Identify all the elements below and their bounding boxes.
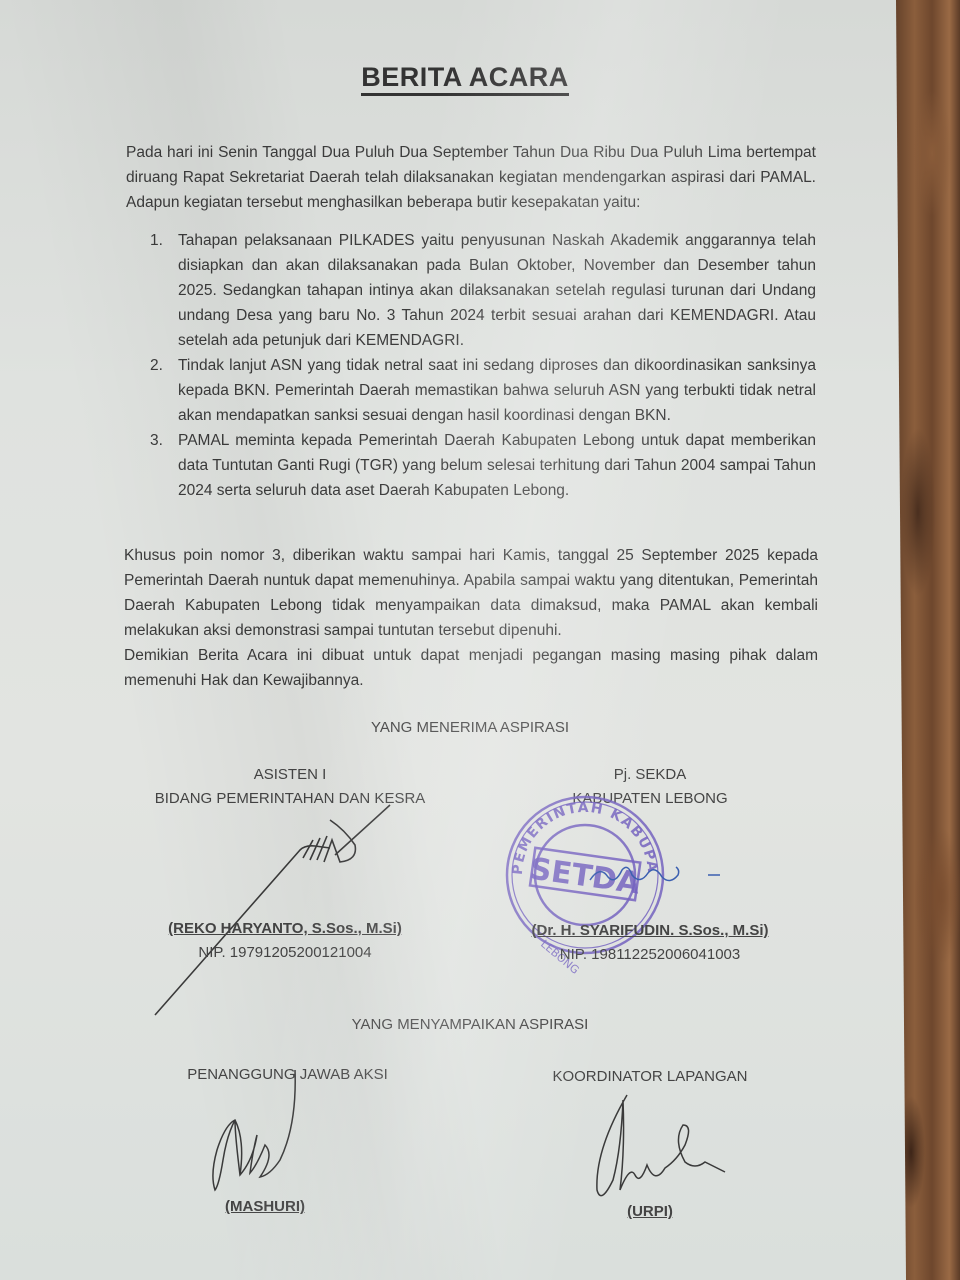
document-title: BERITA ACARA (0, 62, 930, 93)
document-page: BERITA ACARA Pada hari ini Senin Tanggal… (0, 0, 906, 1280)
agreement-item-3: 3. PAMAL meminta kepada Pemerintah Daera… (150, 428, 816, 503)
submitter-right-position: KOORDINATOR LAPANGAN (510, 1065, 790, 1089)
signature-mashuri (205, 1065, 325, 1205)
submitter-left-signatory: (MASHURI) (190, 1195, 340, 1219)
signature-reko (150, 800, 450, 1020)
agreement-item-2: 2. Tindak lanjut ASN yang tidak netral s… (150, 353, 816, 428)
receiver-right-signatory: (Dr. H. SYARIFUDIN. S.Sos., M.Si) NIP. 1… (510, 919, 790, 967)
deadline-paragraph: Khusus poin nomor 3, diberikan waktu sam… (124, 543, 818, 643)
agreement-item-1: 1. Tahapan pelaksanaan PILKADES yaitu pe… (150, 228, 816, 353)
submitter-right-signatory: (URPI) (575, 1200, 725, 1224)
submitters-heading: YANG MENYAMPAIKAN ASPIRASI (310, 1013, 630, 1037)
agreement-list: 1. Tahapan pelaksanaan PILKADES yaitu pe… (150, 228, 816, 503)
signature-syarifudin (580, 855, 730, 895)
receivers-heading: YANG MENERIMA ASPIRASI (320, 716, 620, 740)
opening-paragraph: Pada hari ini Senin Tanggal Dua Puluh Du… (126, 140, 816, 215)
receiver-left-signatory: (REKO HARYANTO, S.Sos., M.Si) NIP. 19791… (150, 917, 420, 965)
closing-paragraph: Demikian Berita Acara ini dibuat untuk d… (124, 643, 818, 693)
